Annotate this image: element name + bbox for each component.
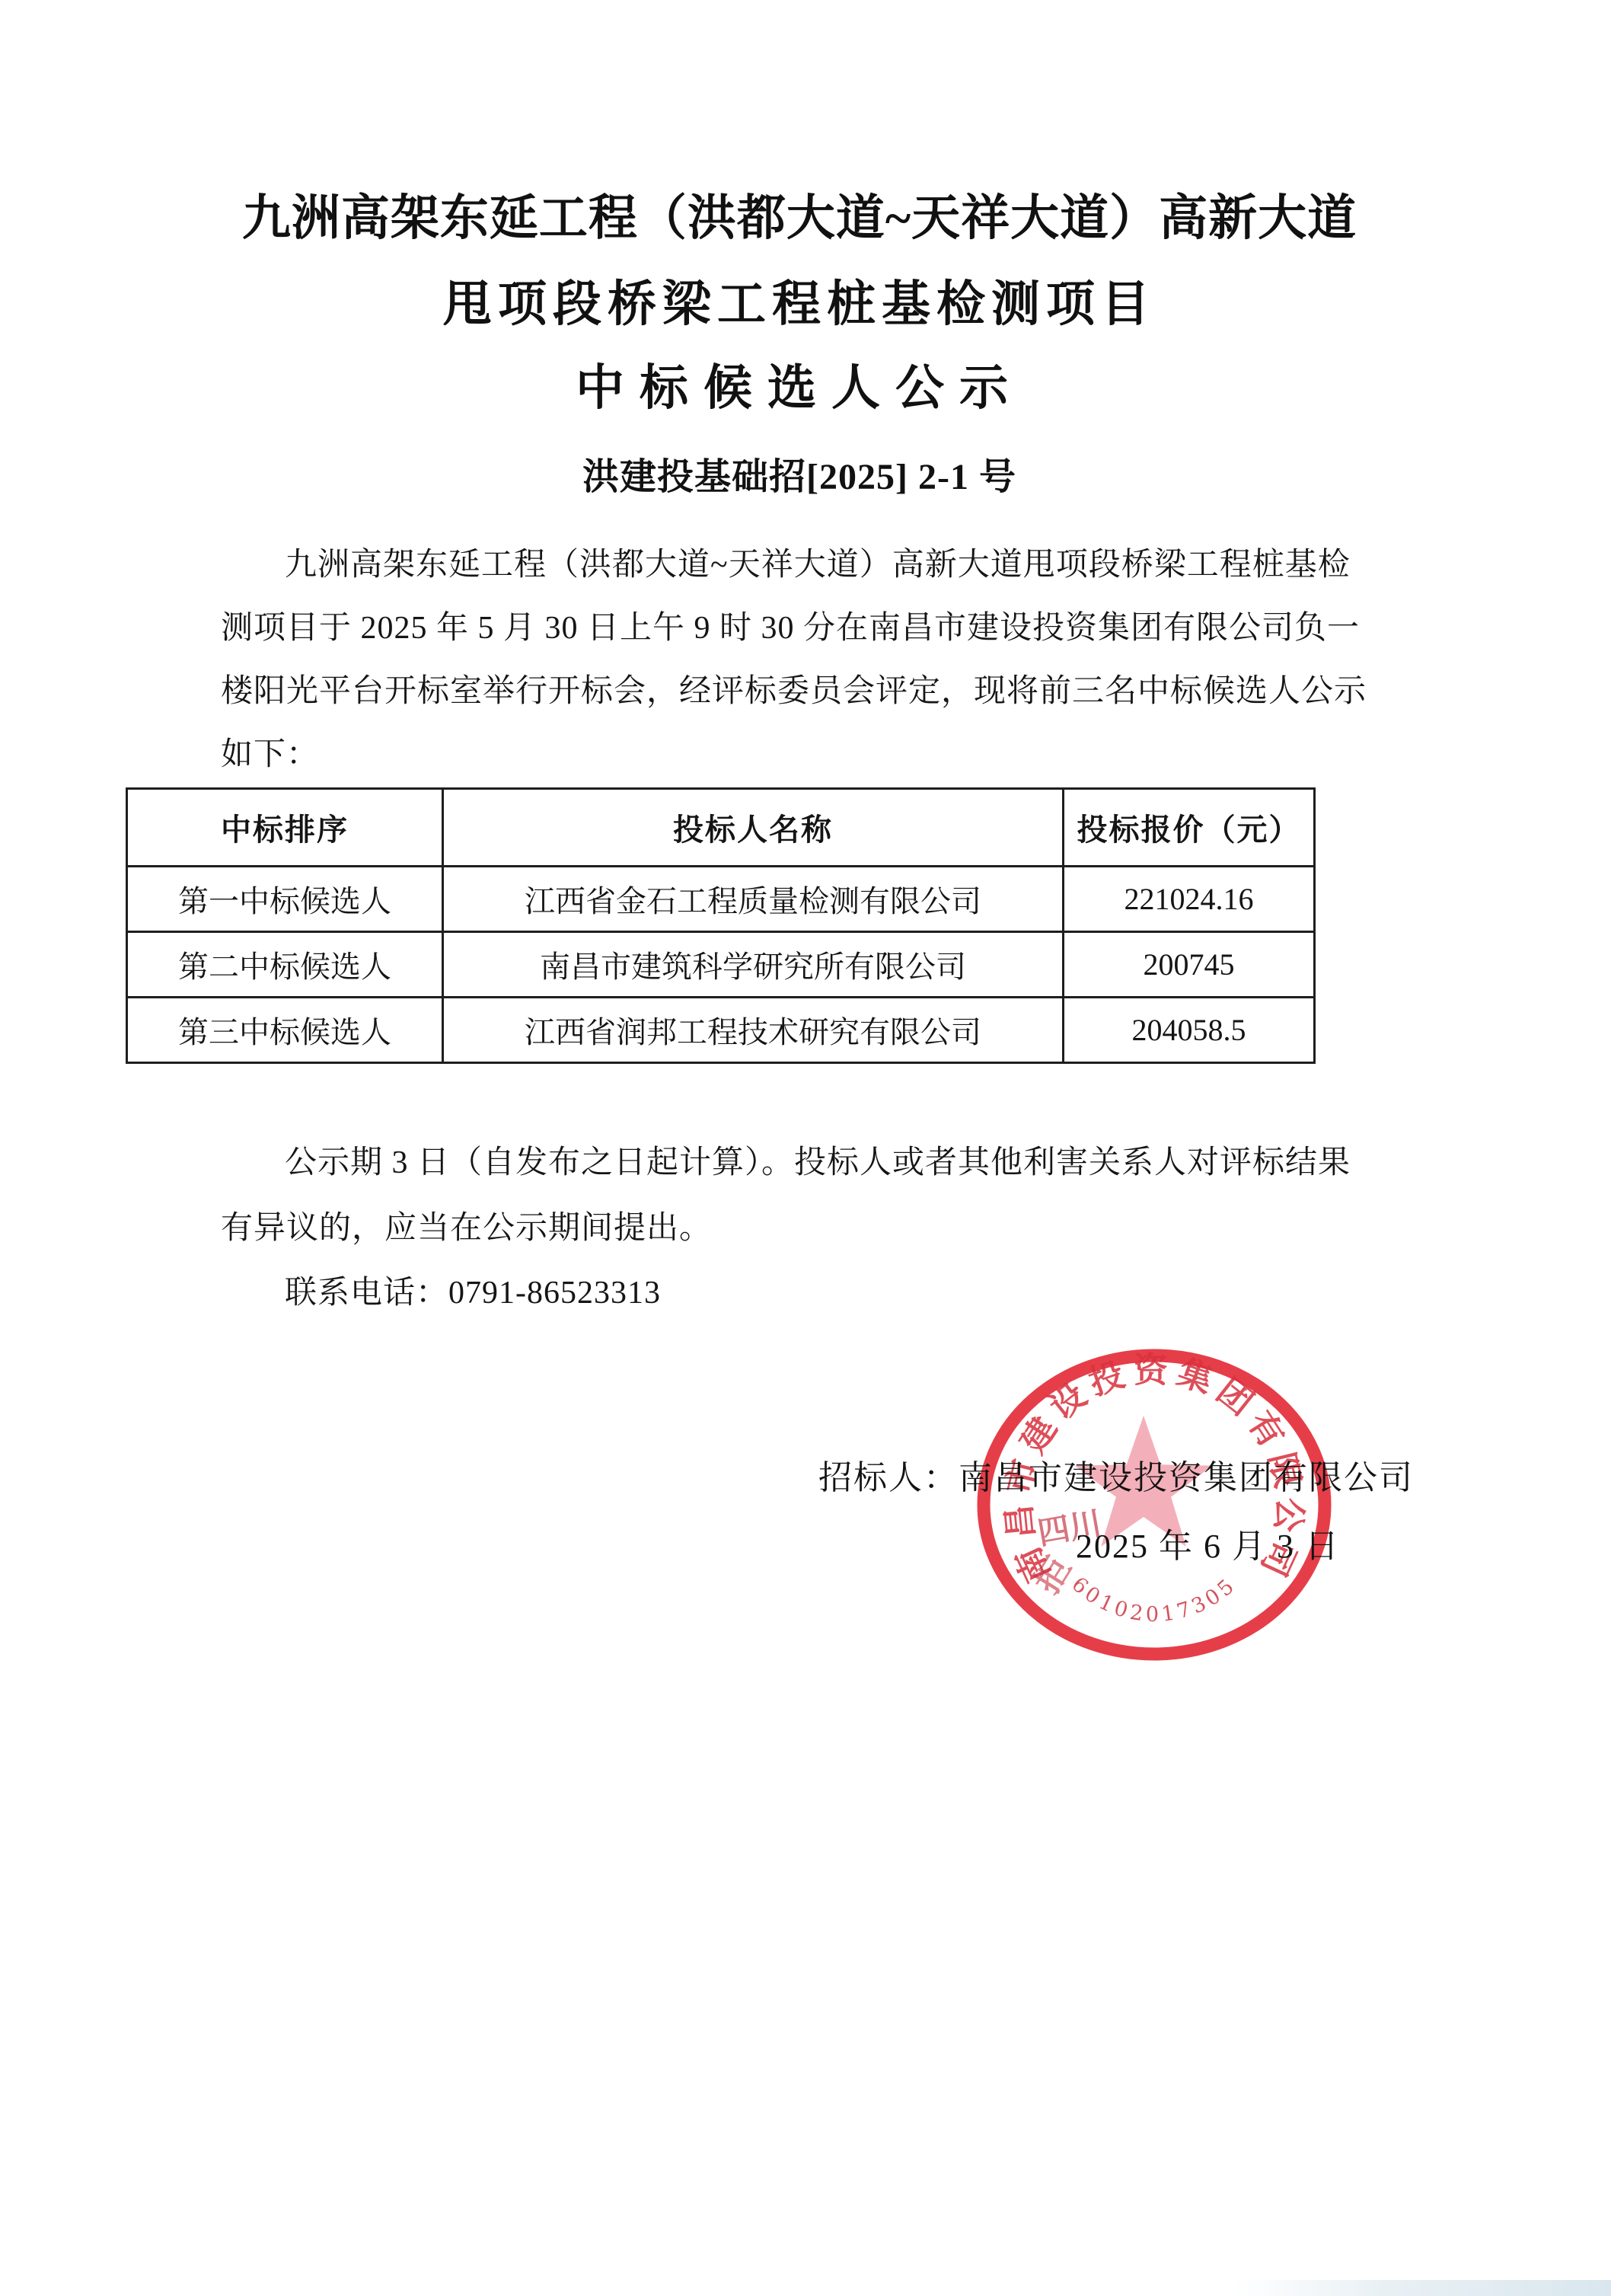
intro-line: 九洲高架东延工程（洪都大道~天祥大道）高新大道甩项段桥梁工程桩基检: [221, 534, 1367, 597]
official-seal: 南昌市建设投资集团有限公司 3601020173058 四川 拒: [971, 1341, 1337, 1669]
header-bidder: 投标人名称: [443, 789, 1064, 867]
bidder-cell: 南昌市建筑科学研究所有限公司: [443, 932, 1064, 998]
price-cell: 204058.5: [1064, 998, 1315, 1063]
bidder-cell: 江西省金石工程质量检测有限公司: [443, 867, 1064, 932]
seal-ghost-mark: 拒: [1027, 1550, 1079, 1600]
rank-cell: 第一中标候选人: [127, 867, 443, 932]
publicity-period-paragraph: 公示期 3 日（自发布之日起计算）。投标人或者其他利害关系人对评标结果 有异议的…: [221, 1130, 1351, 1261]
bid-candidates-table: 中标排序 投标人名称 投标报价（元） 第一中标候选人 江西省金石工程质量检测有限…: [126, 787, 1316, 1064]
header-rank: 中标排序: [127, 789, 443, 867]
notice-line: 公示期 3 日（自发布之日起计算）。投标人或者其他利害关系人对评标结果: [221, 1130, 1351, 1196]
bidder-cell: 江西省润邦工程技术研究有限公司: [443, 998, 1064, 1063]
rank-cell: 第二中标候选人: [127, 932, 443, 998]
tenderer-line: 招标人：南昌市建设投资集团有限公司: [818, 1457, 1414, 1499]
header-price: 投标报价（元）: [1064, 789, 1315, 867]
rank-cell: 第三中标候选人: [127, 998, 443, 1063]
signature-date: 2025 年 6 月 3 日: [1076, 1525, 1340, 1568]
price-cell: 221024.16: [1064, 867, 1315, 932]
page-title-line-2: 甩项段桥梁工程桩基检测项目: [129, 278, 1469, 331]
table-row: 第一中标候选人 江西省金石工程质量检测有限公司 221024.16: [127, 867, 1315, 932]
scan-smudge: [1233, 2280, 1611, 2296]
intro-line: 楼阳光平台开标室举行开标会，经评标委员会评定，现将前三名中标候选人公示: [221, 660, 1367, 723]
document-number: 洪建投基础招[2025] 2-1 号: [129, 455, 1469, 500]
page-title-line-1: 九洲高架东延工程（洪都大道~天祥大道）高新大道: [129, 192, 1469, 245]
notice-line: 有异议的，应当在公示期间提出。: [221, 1196, 1351, 1261]
intro-line: 如下：: [221, 723, 1367, 787]
contact-phone-line: 联系电话：0791-86523313: [221, 1260, 661, 1326]
intro-paragraph: 九洲高架东延工程（洪都大道~天祥大道）高新大道甩项段桥梁工程桩基检 测项目于 2…: [221, 534, 1367, 787]
table-row: 第三中标候选人 江西省润邦工程技术研究有限公司 204058.5: [127, 998, 1315, 1063]
announcement-page: 九洲高架东延工程（洪都大道~天祥大道）高新大道 甩项段桥梁工程桩基检测项目 中标…: [0, 0, 1611, 2296]
seal-ring: [984, 1356, 1325, 1654]
table-row: 第二中标候选人 南昌市建筑科学研究所有限公司 200745: [127, 932, 1315, 998]
price-cell: 200745: [1064, 932, 1315, 998]
intro-line: 测项目于 2025 年 5 月 30 日上午 9 时 30 分在南昌市建设投资集…: [221, 597, 1367, 660]
table-header-row: 中标排序 投标人名称 投标报价（元）: [127, 789, 1315, 867]
page-title-line-3: 中标候选人公示: [129, 362, 1469, 415]
